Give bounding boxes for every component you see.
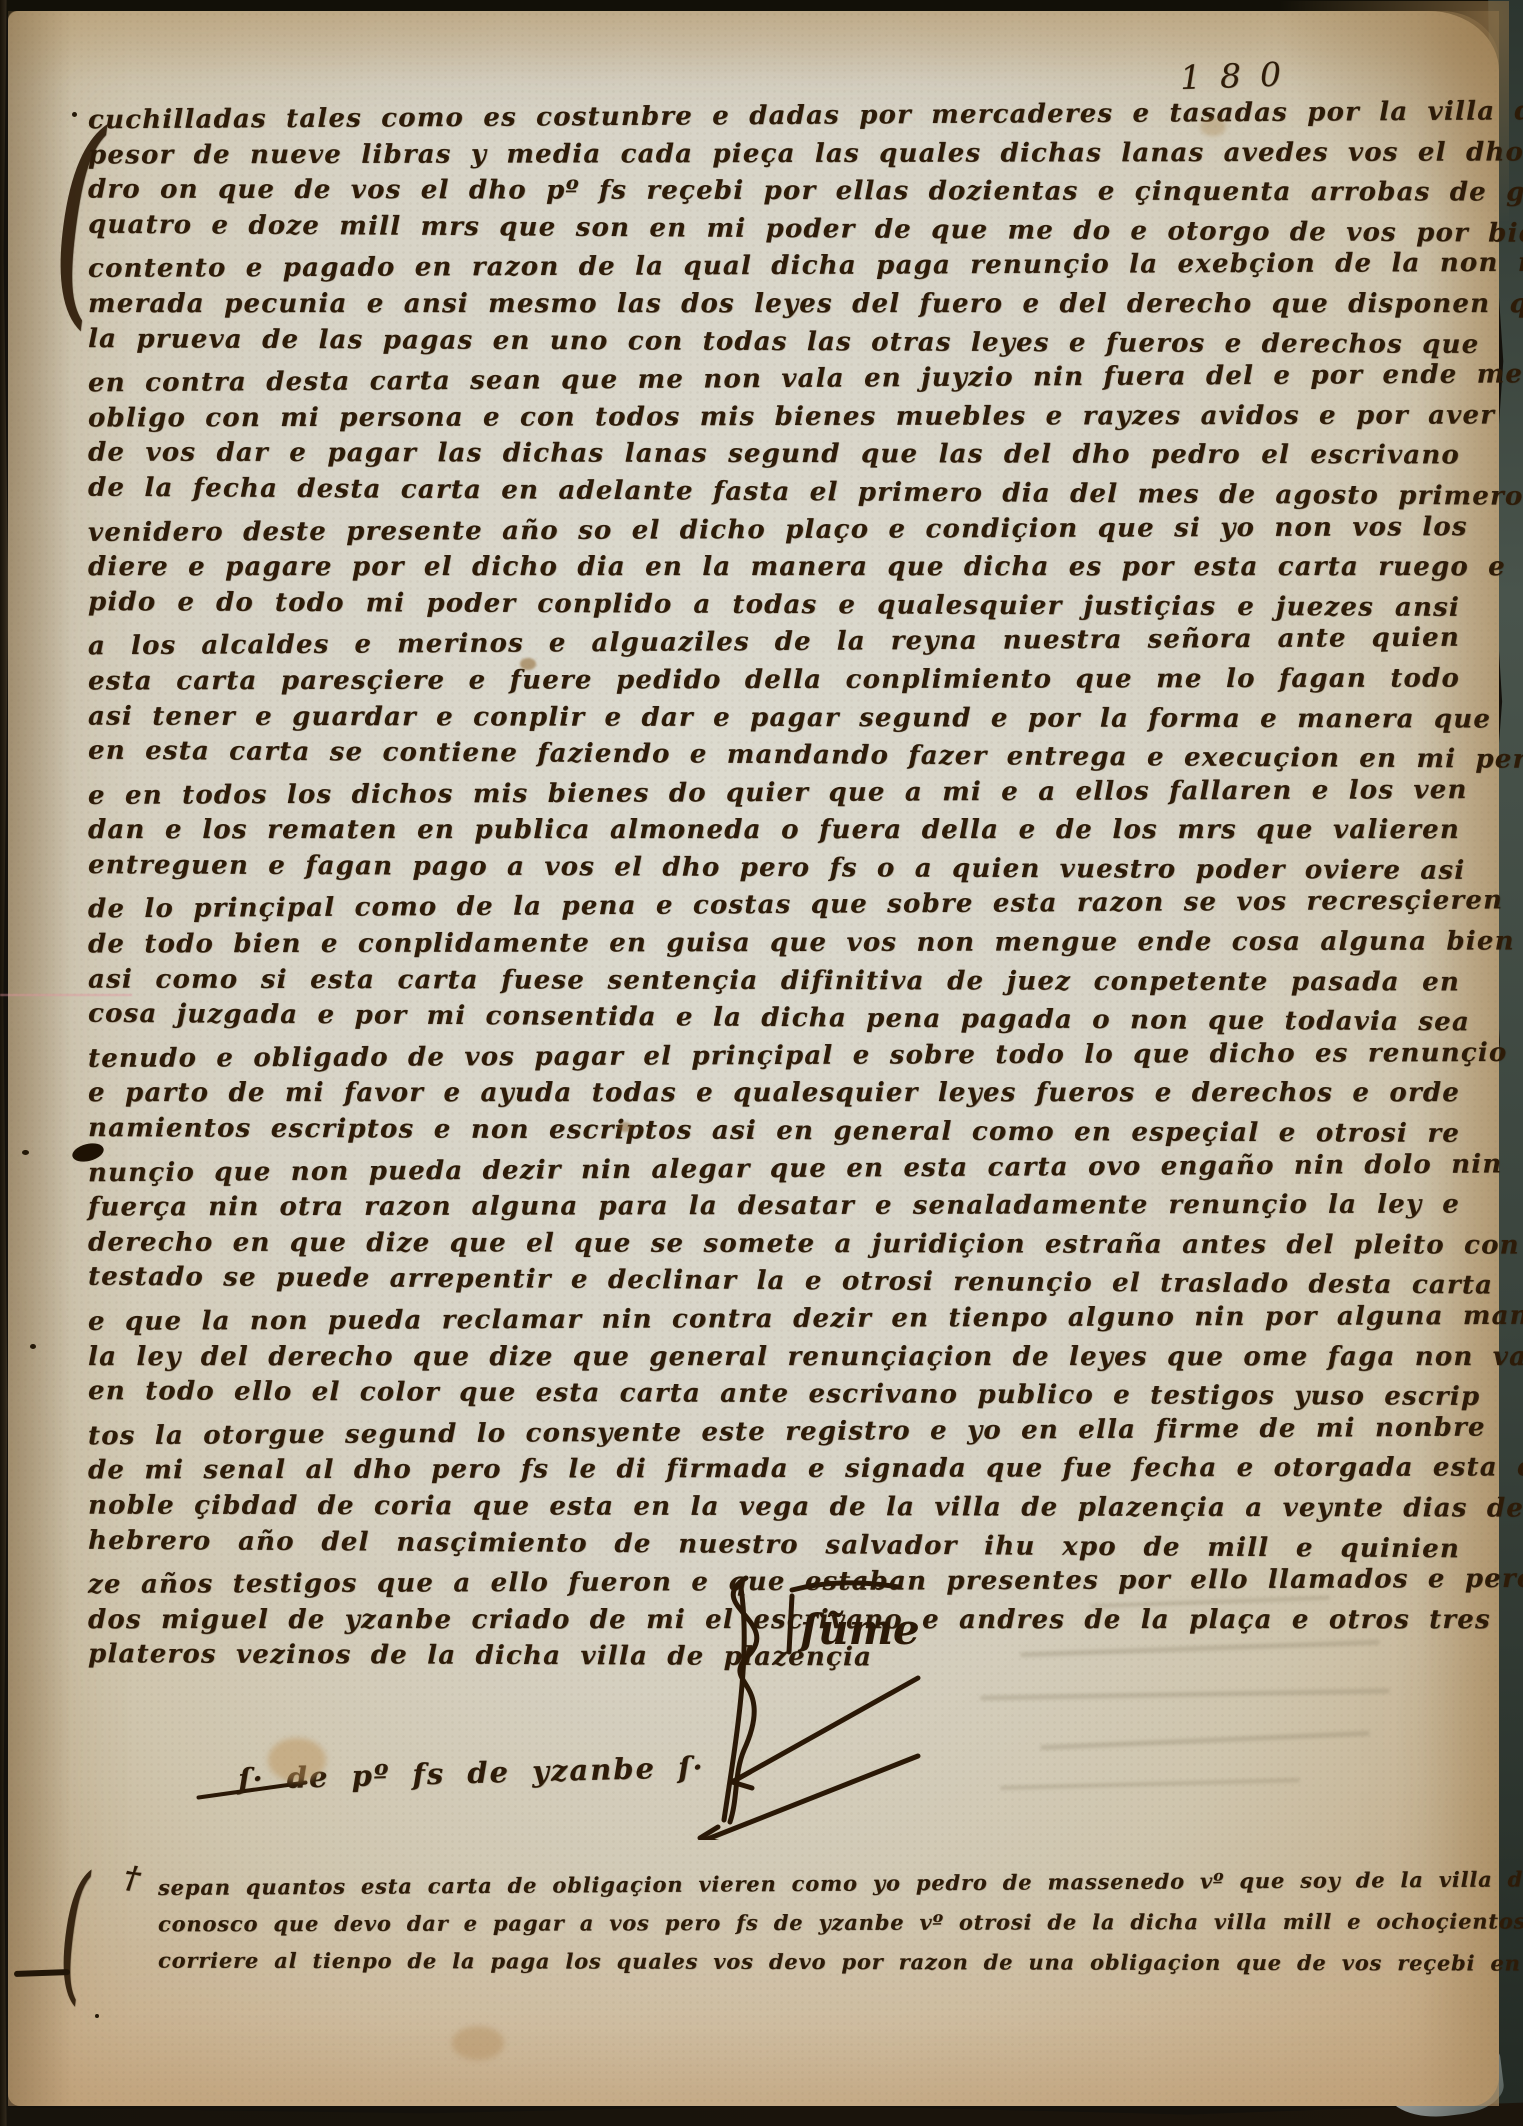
manuscript-line: diere e pagare por el dicho dia en la ma… [88, 549, 1460, 587]
manuscript-line: dro on que de vos el dho pº fs reçebi po… [88, 172, 1460, 212]
manuscript-line: a los alcaldes e merinos e alguaziles de… [88, 620, 1460, 666]
rubric-word: ſũme [797, 1605, 920, 1654]
manuscript-line: e en todos los dichos mis bienes do quie… [88, 772, 1460, 815]
manuscript-line: e parto de mi favor e ayuda todas e qual… [88, 1075, 1460, 1113]
manuscript-line: de mi senal al dho pero fs le di firmada… [88, 1450, 1460, 1490]
faint-ruled-line [0, 994, 132, 996]
ink-speck [95, 2014, 99, 2018]
manuscript-line: fuerça nin otra razon alguna para la des… [88, 1187, 1460, 1227]
manuscript-line: de lo prinçipal como de la pena e costas… [88, 883, 1460, 929]
addendum-text-block: sepan quantos esta carta de obligaçion v… [158, 1864, 1438, 1981]
manuscript-text-block: cuchilladas tales como es costunbre e da… [88, 98, 1460, 1677]
addendum-line: corriere al tienpo de la paga los quales… [158, 1941, 1438, 1983]
manuscript-line: asi tener e guardar e conplir e dar e pa… [88, 698, 1460, 738]
manuscript-line: de todo bien e conplidamente en guisa qu… [88, 924, 1460, 964]
manuscript-line: nunçio que non pueda dezir nin alegar qu… [88, 1146, 1460, 1192]
manuscript-line: e que la non pueda reclamar nin contra d… [88, 1298, 1460, 1341]
ink-speck [22, 1150, 29, 1155]
manuscript-line: venidero deste presente año so el dicho … [88, 509, 1460, 552]
manuscript-line: asi como si esta carta fuese sentençia d… [88, 961, 1460, 1001]
addendum-line: sepan quantos esta carta de obligaçion v… [158, 1860, 1438, 1907]
manuscript-line: dan e los rematen en publica almoneda o … [88, 812, 1460, 850]
addendum-bracket: ( [57, 1842, 90, 2021]
manuscript-line: pesor de nueve libras y media cada pieça… [88, 134, 1460, 174]
notary-rubric-flourish: ſũme [596, 1560, 926, 1840]
manuscript-line: tenudo e obligado de vos pagar el prinçi… [88, 1035, 1460, 1078]
manuscript-line: cuchilladas tales como es costunbre e da… [88, 94, 1460, 140]
addendum-line: conosco que devo dar e pagar a vos pero … [158, 1902, 1438, 1944]
manuscript-line: merada pecunia e ansi mesmo las dos leye… [88, 286, 1460, 324]
ink-speck [30, 1344, 36, 1349]
manuscript-line: derecho en que dize que el que se somete… [88, 1224, 1460, 1264]
manuscript-line: en contra desta carta sean que me non va… [88, 357, 1460, 403]
manuscript-line: de la fecha desta carta en adelante fast… [88, 470, 1460, 516]
manuscript-line: la ley del derecho que dize que general … [88, 1339, 1460, 1377]
manuscript-line: de vos dar e pagar las dichas lanas segu… [88, 435, 1460, 475]
ink-speck [72, 112, 77, 117]
manuscript-line: noble çibdad de coria que esta en la veg… [88, 1488, 1460, 1528]
manuscript-line: tos la otorgue segund lo consyente este … [88, 1409, 1460, 1455]
folio-number: 180 [1179, 54, 1300, 97]
manuscript-line: esta carta paresçiere e fuere pedido del… [88, 660, 1460, 700]
manuscript-line: obligo con mi persona e con todos mis bi… [88, 397, 1460, 437]
manuscript-line: contento e pagado en razon de la qual di… [88, 246, 1460, 289]
